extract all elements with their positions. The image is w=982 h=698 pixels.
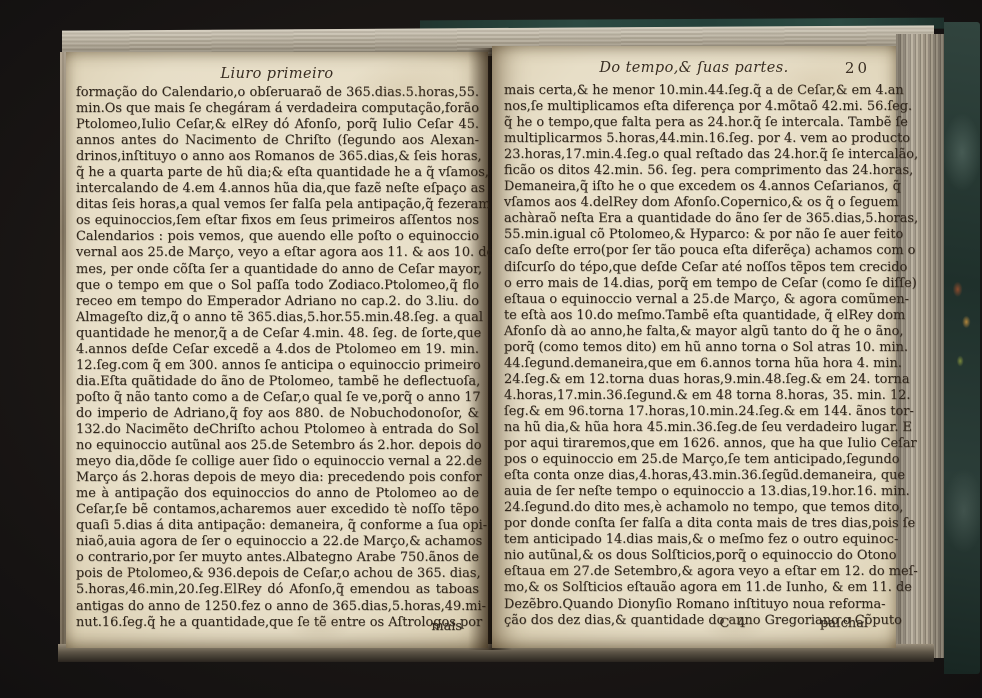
text-line: nos,ſe multiplicamos eſta diferença por … (504, 99, 882, 115)
text-line: Calendarios : pois vemos, que auendo ell… (76, 229, 479, 245)
text-line: 4.annos deſde Ceſar excedẽ a 4.dos de Pt… (76, 342, 479, 358)
text-line: quaſi 5.dias á dita antipação: demaneira… (76, 518, 479, 534)
running-title-left: Liuro primeiro (66, 66, 488, 82)
left-page: Liuro primeiro formação do Calendario,o … (66, 52, 488, 648)
text-line: pos o equinoccio em 25.de Março,ſe tem a… (504, 452, 882, 468)
text-line: 12.ſeg.com q̃ em 300. annos ſe anticipa … (76, 358, 479, 374)
text-line: meyo dia,dõde ſe collige auer ſido o equ… (76, 454, 479, 470)
text-line: 4.horas,17.min.36.ſegund.& em 48 torna 8… (504, 388, 882, 404)
left-page-text: formação do Calendario,o obſeruaraõ de 3… (76, 85, 479, 631)
text-line: quantidade he menor,q̃ a de Ceſar 4.min.… (76, 326, 479, 342)
text-line: vſamos aos 4.delRey dom Afonſo.Copernico… (504, 195, 882, 211)
text-line: que o tempo em que o Sol paſſa todo Zodi… (76, 278, 479, 294)
text-line: por donde conſta ſer falſa a dita conta … (504, 516, 882, 532)
text-line: q̃ he a quarta parte de hũ dia;& eſta qu… (76, 165, 479, 181)
text-line: nio autũnal,& os dous Solſticios,porq̃ o… (504, 548, 882, 564)
text-line: 5.horas,46.min,20.ſeg.ElRey dó Afonſo,q̃… (76, 582, 479, 598)
book-scan-scene: Liuro primeiro formação do Calendario,o … (0, 0, 982, 698)
text-line: formação do Calendario,o obſeruaraõ de 3… (76, 85, 479, 101)
text-line: multiplicarmos 5.horas,44.min.16.ſeg. po… (504, 131, 882, 147)
text-line: Afonſo dà ao anno,he falta,& mayor algũ … (504, 324, 882, 340)
text-line: por aqui tiraremos,que em 1626. annos, q… (504, 436, 882, 452)
text-line: 44.ſegund.demaneira,que em 6.annos torna… (504, 356, 882, 372)
text-line: te eſtà aos 10.do meſmo.Tambẽ eſta quant… (504, 308, 882, 324)
right-cover-marbled (944, 22, 980, 674)
signature-mark: C 4 (719, 616, 747, 631)
text-line: eſta conta onze dias,4.horas,43.min.36.ſ… (504, 468, 882, 484)
text-line: min.Os que mais ſe chegáram á verdadeira… (76, 101, 479, 117)
text-line: drinos,inſtituyo o anno aos Romanos de 3… (76, 149, 479, 165)
text-line: o contrario,por ſer muyto antes.Albategn… (76, 550, 479, 566)
text-line: do imperio de Adriano,q̃ foy aos 880. de… (76, 406, 479, 422)
text-line: Março ás 2.horas depois de meyo dia: pre… (76, 470, 479, 486)
text-line: Ceſar,ſe bẽ contamos,acharemos auer exce… (76, 502, 479, 518)
text-line: ſeg.& em 96.torna 17.horas,10.min.24.ſeg… (504, 404, 882, 420)
text-line: me à antipação dos equinoccios do anno d… (76, 486, 479, 502)
text-line: eſtaua em 27.de Setembro,& agora veyo a … (504, 564, 882, 580)
text-line: na hũ dia,& hũa hora 45.min.36.ſeg.de ſe… (504, 420, 882, 436)
text-line: Dezẽbro.Quando Dionyſio Romano inſtituyo… (504, 597, 882, 613)
text-line: achàraõ neſta Era a quantidade do ãno ſe… (504, 211, 882, 227)
catchword-left: mais (76, 619, 462, 634)
page-number: 20 (845, 59, 870, 77)
running-title-right: Do tempo,& ſuas partes. (492, 60, 896, 76)
text-line: auia de ſer neſte tempo o equinoccio a 1… (504, 484, 882, 500)
right-page-text: mais certa,& he menor 10.min.44.ſeg.q̃ a… (504, 83, 882, 629)
text-line: eſtaua o equinoccio vernal a 25.de Março… (504, 292, 882, 308)
text-line: no equinoccio autũnal aos 25.de Setembro… (76, 438, 479, 454)
text-line: poſto q̃ não tanto como a de Ceſar,o qua… (76, 390, 479, 406)
text-line: intercalando de 4.em 4.annos hũa dia,que… (76, 181, 479, 197)
text-line: caſo deſte erro(por ſer tão pouca eſta d… (504, 243, 882, 259)
signature-row: C 4 paſchal (504, 616, 882, 632)
text-line: o erro mais de 14.dias, porq̃ em tempo d… (504, 276, 882, 292)
text-line: q̃ he o tempo,que falta pera as 24.hor.q… (504, 115, 882, 131)
text-line: mes, per onde cõſta ſer a quantidade do … (76, 262, 479, 278)
text-line: receo em tempo do Emperador Adriano no c… (76, 294, 479, 310)
text-line: Ptolomeo,Iulio Ceſar,& elRey dó Afonſo, … (76, 117, 479, 133)
text-line: 24.ſeg.& em 12.torna duas horas,9.min.48… (504, 372, 882, 388)
catchword-right: paſchal (820, 616, 868, 631)
text-line: mo,& os Solſticios eſtauão agora em 11.d… (504, 580, 882, 596)
text-line: niaõ,auia agora de ſer o equinoccio a 22… (76, 534, 479, 550)
text-line: 24.ſegund.do dito mes,è achamolo no temp… (504, 500, 882, 516)
text-line: Demaneira,q̃ iſto he o que excedem os 4.… (504, 179, 882, 195)
text-line: ditas ſeis horas,a qual vemos ſer falſa … (76, 197, 479, 213)
text-line: os equinoccios,ſem eſtar fixos em ſeus p… (76, 213, 479, 229)
text-line: dia.Eſta quãtidade do ãno de Ptolomeo, t… (76, 374, 479, 390)
text-line: pois de Ptolomeo,& 936.depois de Ceſar,o… (76, 566, 479, 582)
text-line: antigas do anno de 1250.fez o anno de 36… (76, 599, 479, 615)
text-line: porq̃ (como temos dito) em hũ anno torna… (504, 340, 882, 356)
text-line: 55.min.igual cõ Ptolomeo,& Hyparco: & po… (504, 227, 882, 243)
text-line: ficão os ditos 42.min. 56. ſeg. pera com… (504, 163, 882, 179)
text-line: diſcurſo do tépo,que deſde Ceſar até noſ… (504, 260, 882, 276)
text-line: tem anticipado 14.dias mais,& o meſmo fe… (504, 532, 882, 548)
text-line: annos antes do Nacimento de Chriſto (ſeg… (76, 133, 479, 149)
text-line: mais certa,& he menor 10.min.44.ſeg.q̃ a… (504, 83, 882, 99)
right-page: Do tempo,& ſuas partes. 20 mais certa,& … (492, 46, 896, 648)
text-line: Almageſto diz,q̃ o anno tẽ 365.dias,5.ho… (76, 310, 479, 326)
text-line: 23.horas,17.min.4.ſeg.o qual reſtado das… (504, 147, 882, 163)
text-line: 132.do Nacimẽto deChriſto achou Ptolomeo… (76, 422, 479, 438)
text-line: vernal aos 25.de Março, veyo a eſtar ago… (76, 245, 479, 261)
